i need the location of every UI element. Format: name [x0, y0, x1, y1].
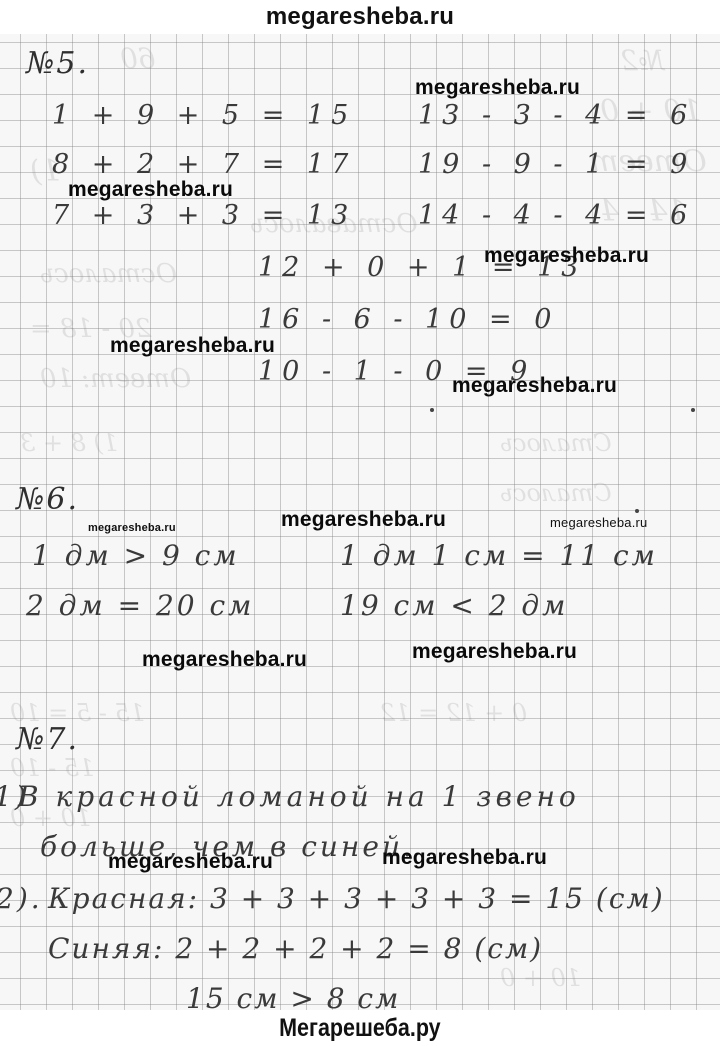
task5-left-line-3: 7 + 3 + 3 = 13	[52, 200, 355, 231]
pen-dot	[430, 408, 434, 412]
pen-dot	[635, 509, 639, 513]
watermark: megaresheba.ru	[108, 850, 273, 874]
task5-right-line-1: 13 - 3 - 4 = 6	[418, 100, 694, 131]
watermark: megaresheba.ru	[484, 244, 649, 268]
task7-part2-marker: 2).	[0, 882, 43, 915]
task7-part2-line-2: Синяя: 2 + 2 + 2 + 2 = 8 (см)	[48, 932, 543, 965]
task6-right-line-2: 19 см < 2 дм	[340, 589, 568, 622]
watermark: megaresheba.ru	[412, 640, 577, 664]
bleed-through-text: 1) 8 + 3	[20, 429, 118, 457]
task7-label: №7.	[16, 722, 79, 757]
bleed-through-text: 60	[120, 42, 156, 75]
bleed-through-text: Сталось	[500, 429, 612, 457]
watermark: megaresheba.ru	[88, 522, 176, 534]
watermark: megaresheba.ru	[550, 515, 647, 530]
task5-label: №5.	[26, 46, 89, 81]
bleed-through-text: Осталось	[40, 259, 177, 289]
watermark: megaresheba.ru	[68, 178, 233, 202]
task7-part2-line-3: 15 см > 8 см	[186, 982, 400, 1010]
bleed-through-text: 10 + 0	[500, 964, 581, 992]
task6-left-line-1: 1 дм > 9 см	[32, 539, 240, 572]
task5-left-line-1: 1 + 9 + 5 = 15	[52, 100, 355, 131]
task5-right-line-2: 19 - 9 - 1 = 9	[418, 149, 694, 180]
bleed-through-text: Сталось	[500, 479, 612, 507]
watermark: megaresheba.ru	[110, 334, 275, 358]
pen-dot	[691, 408, 695, 412]
task6-left-line-2: 2 дм = 20 см	[26, 589, 254, 622]
task7-part2-line-1: Красная: 3 + 3 + 3 + 3 + 3 = 15 (см)	[48, 882, 665, 915]
task6-right-line-1: 1 дм 1 см = 11 см	[340, 539, 658, 572]
watermark: megaresheba.ru	[452, 374, 617, 398]
watermark: megaresheba.ru	[142, 648, 307, 672]
task7-part1-line-1: В красной ломаной на 1 звено	[18, 780, 580, 813]
bleed-through-text: 15 - 10	[10, 754, 94, 782]
footer-site-text: Мегарешеба.ру	[279, 1014, 440, 1043]
task5-center-line-2: 16 - 6 - 10 = 0	[258, 304, 558, 335]
task5-left-line-2: 8 + 2 + 7 = 17	[52, 149, 355, 180]
task6-label: №6.	[16, 482, 79, 517]
bleed-through-text: Ответ: 10	[40, 364, 191, 394]
task5-right-line-3: 14 - 4 - 4 = 6	[418, 200, 694, 231]
watermark: megaresheba.ru	[382, 846, 547, 870]
notebook-page: 60 №2 10 + 0 1) Ответ Оставалось 14 - 4 …	[0, 34, 720, 1010]
header-site-text: megaresheba.ru	[266, 3, 454, 31]
watermark: megaresheba.ru	[415, 76, 580, 100]
bleed-through-text: 0 + 12 = 12	[380, 699, 527, 727]
bleed-through-text: №2	[620, 44, 664, 77]
watermark: megaresheba.ru	[281, 508, 446, 532]
footer-watermark: Мегарешеба.ру	[0, 1010, 720, 1046]
header-watermark: megaresheba.ru	[0, 0, 720, 34]
